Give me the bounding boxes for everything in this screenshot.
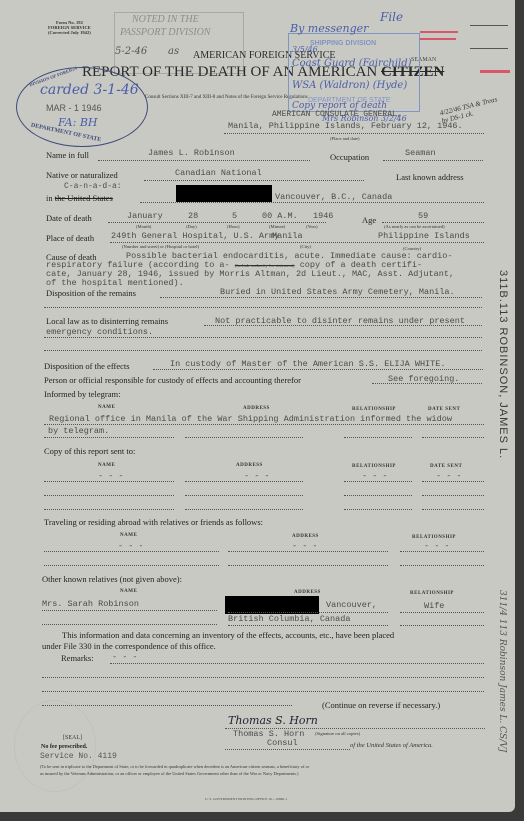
dod-sub-day: (Day) <box>186 224 197 229</box>
dod-month: January <box>127 211 163 221</box>
in-struck-text: the United States <box>55 193 113 203</box>
dod-hour: 5 <box>232 211 237 221</box>
copy-col-relationship: RELATIONSHIP <box>352 464 396 469</box>
pod-country: Philippine Islands <box>378 231 470 241</box>
pod-sub-place: (Number and street) or (Hospital or hote… <box>122 244 199 249</box>
age-value: 59 <box>418 211 428 221</box>
telegram-value-2: by telegram. <box>48 426 109 436</box>
copy-dash-date: - - - <box>436 471 462 481</box>
traveling-line-2b <box>228 565 388 566</box>
dod-sub-hour: (Hour) <box>227 224 240 229</box>
copy-sent-label: Copy of this report sent to: <box>44 446 135 456</box>
pod-line <box>110 242 484 243</box>
relatives-col-address: ADDRESS <box>294 590 321 595</box>
traveling-line-2a <box>44 565 219 566</box>
copy-line-2d <box>422 495 484 496</box>
traveling-col-address: ADDRESS <box>292 534 319 539</box>
relatives-line-2b <box>228 625 388 626</box>
copy-line-1b <box>185 481 303 482</box>
traveling-line-1a <box>44 551 219 552</box>
copy-line-3d <box>422 509 484 510</box>
telegram-col-name: NAME <box>98 405 115 410</box>
name-line <box>98 160 310 161</box>
dod-year: 1946 <box>313 211 333 221</box>
name-value: James L. Robinson <box>148 148 235 158</box>
relatives-label: Other known relatives (not given above): <box>42 574 182 584</box>
effects-value: In custody of Master of the American S.S… <box>170 359 445 369</box>
pod-city: Manila <box>272 231 303 241</box>
handwritten-file: File <box>380 10 403 24</box>
local-law-value-2: emergency conditions. <box>46 327 153 337</box>
cause-authority-label: (Include authority for statement) <box>235 263 295 268</box>
footer-note-2: as insured by the Veterans Administratio… <box>40 771 299 776</box>
traveling-label: Traveling or residing abroad with relati… <box>44 517 263 527</box>
traveling-line-1c <box>400 551 484 552</box>
age-sub: (As nearly as can be ascertained) <box>384 224 445 229</box>
redacted-address <box>176 185 272 202</box>
local-law-label: Local law as to disinterring remains <box>46 316 168 326</box>
dod-line <box>108 222 326 223</box>
regulations-note: Consult Sections XIII-7 and XIII-8 and N… <box>145 95 308 100</box>
traveling-dash-address: - - - <box>292 541 318 551</box>
dod-sub-month: (Month) <box>136 224 151 229</box>
telegram-line-2c <box>344 437 412 438</box>
remains-label: Disposition of the remains <box>46 288 136 298</box>
pencil-mark-2 <box>470 48 508 49</box>
remains-line-2 <box>44 307 482 308</box>
remains-line <box>160 297 482 298</box>
copy-line-2c <box>344 495 412 496</box>
in-word: in <box>46 193 53 203</box>
oval-stamp-code: FA: BH <box>58 116 98 129</box>
effects-label: Disposition of the effects <box>44 361 130 371</box>
signature-label: (Signature on all copies) <box>315 731 360 736</box>
handwritten-coast-guard: Coast Guard (Fairchild) <box>292 58 412 69</box>
handwritten-date: 3/5/46 <box>292 45 318 54</box>
telegram-line-2d <box>422 437 484 438</box>
local-law-line <box>204 325 482 326</box>
cause-line-4: of the hospital mentioned). <box>46 278 184 288</box>
side-file-stamp: 311B.113 ROBINSON, JAMES L. <box>497 270 509 459</box>
handwritten-wsa: WSA (Waldron) (Hyde) <box>292 80 407 91</box>
telegram-label: Informed by telegram: <box>44 389 120 399</box>
printer-imprint: U. S. GOVERNMENT PRINTING OFFICE 16—1068… <box>205 797 287 801</box>
traveling-dash-relationship: - - - <box>424 541 450 551</box>
passport-stamp-initials: as <box>168 46 179 57</box>
copy-col-date-sent: DATE SENT <box>430 464 462 469</box>
effects-line <box>153 369 483 370</box>
remarks-line-3 <box>42 691 484 692</box>
traveling-line-1b <box>228 551 388 552</box>
occupation-label: Occupation <box>330 152 369 162</box>
footer-note-1: (To be sent in triplicate to the Departm… <box>40 764 309 769</box>
service-number: Service No. 4119 <box>40 752 117 761</box>
copy-line-3a <box>44 509 174 510</box>
shipping-stamp-title: SHIPPING DIVISION <box>310 40 376 47</box>
remarks-label: Remarks: <box>61 653 94 663</box>
remarks-line-2 <box>42 677 484 678</box>
copy-line-1a <box>44 481 174 482</box>
copy-col-name: NAME <box>98 463 115 468</box>
relative-province: British Columbia, Canada <box>228 614 350 624</box>
traveling-line-2c <box>400 565 484 566</box>
pencil-mark-1 <box>470 25 508 26</box>
custody-line <box>372 383 482 384</box>
copy-line-3b <box>185 509 303 510</box>
telegram-col-date-sent: DATE SENT <box>428 407 460 412</box>
place-of-death-label: Place of death <box>46 233 94 243</box>
native-line <box>144 180 364 181</box>
remarks-value: - - - <box>112 652 138 662</box>
dod-minute: 00 A.M. <box>262 211 298 221</box>
relative-city: Vancouver, <box>326 600 377 610</box>
carded-note: carded 3-1-46 <box>40 82 139 98</box>
relative-name: Mrs. Sarah Robinson <box>42 599 139 609</box>
telegram-value-1: Regional office in Manila of the War Shi… <box>49 414 452 424</box>
info-text-2: under File 330 in the correspondence of … <box>42 641 216 651</box>
copy-line-2a <box>44 495 174 496</box>
place-date-label: (Place and date) <box>330 136 360 141</box>
info-text-1: This information and data concerning an … <box>62 630 394 640</box>
of-united-states: of the United States of America. <box>350 742 433 749</box>
age-label: Age <box>362 215 376 225</box>
side-handwritten-note: 311/4 113 Robinson James L. CS/VJ <box>497 590 507 752</box>
handwritten-by-messenger: By messenger <box>290 22 368 35</box>
telegram-line-2a <box>44 437 174 438</box>
relatives-line-1b <box>228 612 388 613</box>
copy-line-3c <box>344 509 412 510</box>
red-mark-1 <box>420 31 458 33</box>
no-fee-label: No fee prescribed. <box>41 744 87 750</box>
telegram-col-relationship: RELATIONSHIP <box>352 407 396 412</box>
copy-col-address: ADDRESS <box>236 463 263 468</box>
pod-place: 249th General Hospital, U.S. Army <box>111 231 279 241</box>
oval-stamp-date: MAR - 1 1946 <box>46 103 102 113</box>
passport-stamp-date: 5-2-46 <box>115 46 147 57</box>
remarks-line-4 <box>42 705 292 706</box>
native-value: Canadian National <box>175 168 262 178</box>
last-address-label: Last known address <box>396 172 464 182</box>
copy-line-1c <box>344 481 412 482</box>
local-law-line-2 <box>44 337 482 338</box>
name-label: Name in full <box>46 150 89 160</box>
title-line <box>225 749 350 750</box>
traveling-col-relationship: RELATIONSHIP <box>412 535 456 540</box>
occupation-line <box>383 160 483 161</box>
copy-dash-relationship: - - - <box>362 471 388 481</box>
relatives-col-relationship: RELATIONSHIP <box>410 591 454 596</box>
relatives-line-1a <box>42 610 217 611</box>
traveling-col-name: NAME <box>120 533 137 538</box>
dod-day: 28 <box>188 211 198 221</box>
dod-sub-minute: (Minute) <box>269 224 285 229</box>
copy-dash-address: - - - <box>244 471 270 481</box>
passport-stamp-line1: NOTED IN THE <box>132 14 199 25</box>
consulate-name: AMERICAN CONSULATE GENERAL, <box>272 110 402 119</box>
death-report-document: Form No. 192 FOREIGN SERVICE (Corrected … <box>0 0 515 812</box>
dod-sub-year: (Year) <box>306 224 318 229</box>
consulate-place-date: Manila, Philippine Islands, February 12,… <box>228 121 463 131</box>
relatives-col-name: NAME <box>120 589 137 594</box>
date-of-death-label: Date of death <box>46 213 92 223</box>
custody-label: Person or official responsible for custo… <box>44 375 301 385</box>
seal-label: [SEAL] <box>63 735 82 741</box>
passport-stamp-line2: PASSPORT DIVISION <box>120 27 210 38</box>
handwritten-signature: Thomas S. Horn <box>228 714 318 727</box>
form-corrected: (Corrected July 1942) <box>48 30 91 35</box>
relatives-line-1c <box>400 612 484 613</box>
telegram-col-address: ADDRESS <box>243 406 270 411</box>
place-date-line <box>224 133 484 134</box>
relative-relationship: Wife <box>424 601 444 611</box>
address-line <box>140 202 484 203</box>
copy-line-1d <box>422 481 484 482</box>
copy-line-2b <box>185 495 303 496</box>
age-line <box>382 222 484 223</box>
remains-value: Buried in United States Army Cemetery, M… <box>220 287 455 297</box>
continue-note: (Continue on reverse if necessary.) <box>322 700 440 710</box>
telegram-line-2b <box>185 437 303 438</box>
pod-sub-city: (City) <box>300 244 311 249</box>
native-label: Native or naturalized <box>46 170 118 180</box>
traveling-dash-name: - - - <box>118 541 144 551</box>
in-replacement: C-a-n-a-d-a: <box>64 182 122 191</box>
copy-dash-name: - - - <box>98 471 124 481</box>
address-city-value: Vancouver, B.C., Canada <box>275 192 392 202</box>
in-label: in the United States <box>46 193 113 203</box>
local-law-line-3 <box>44 350 482 351</box>
signer-title: Consul <box>267 738 298 748</box>
telegram-line-1 <box>44 424 484 425</box>
red-mark-2 <box>420 38 456 40</box>
form-number-block: Form No. 192 FOREIGN SERVICE (Corrected … <box>48 20 91 35</box>
red-mark-3 <box>480 70 510 73</box>
remarks-line-1 <box>110 663 484 664</box>
relatives-line-2c <box>400 625 484 626</box>
occupation-value: Seaman <box>405 148 436 158</box>
relatives-line-2a <box>42 624 217 625</box>
